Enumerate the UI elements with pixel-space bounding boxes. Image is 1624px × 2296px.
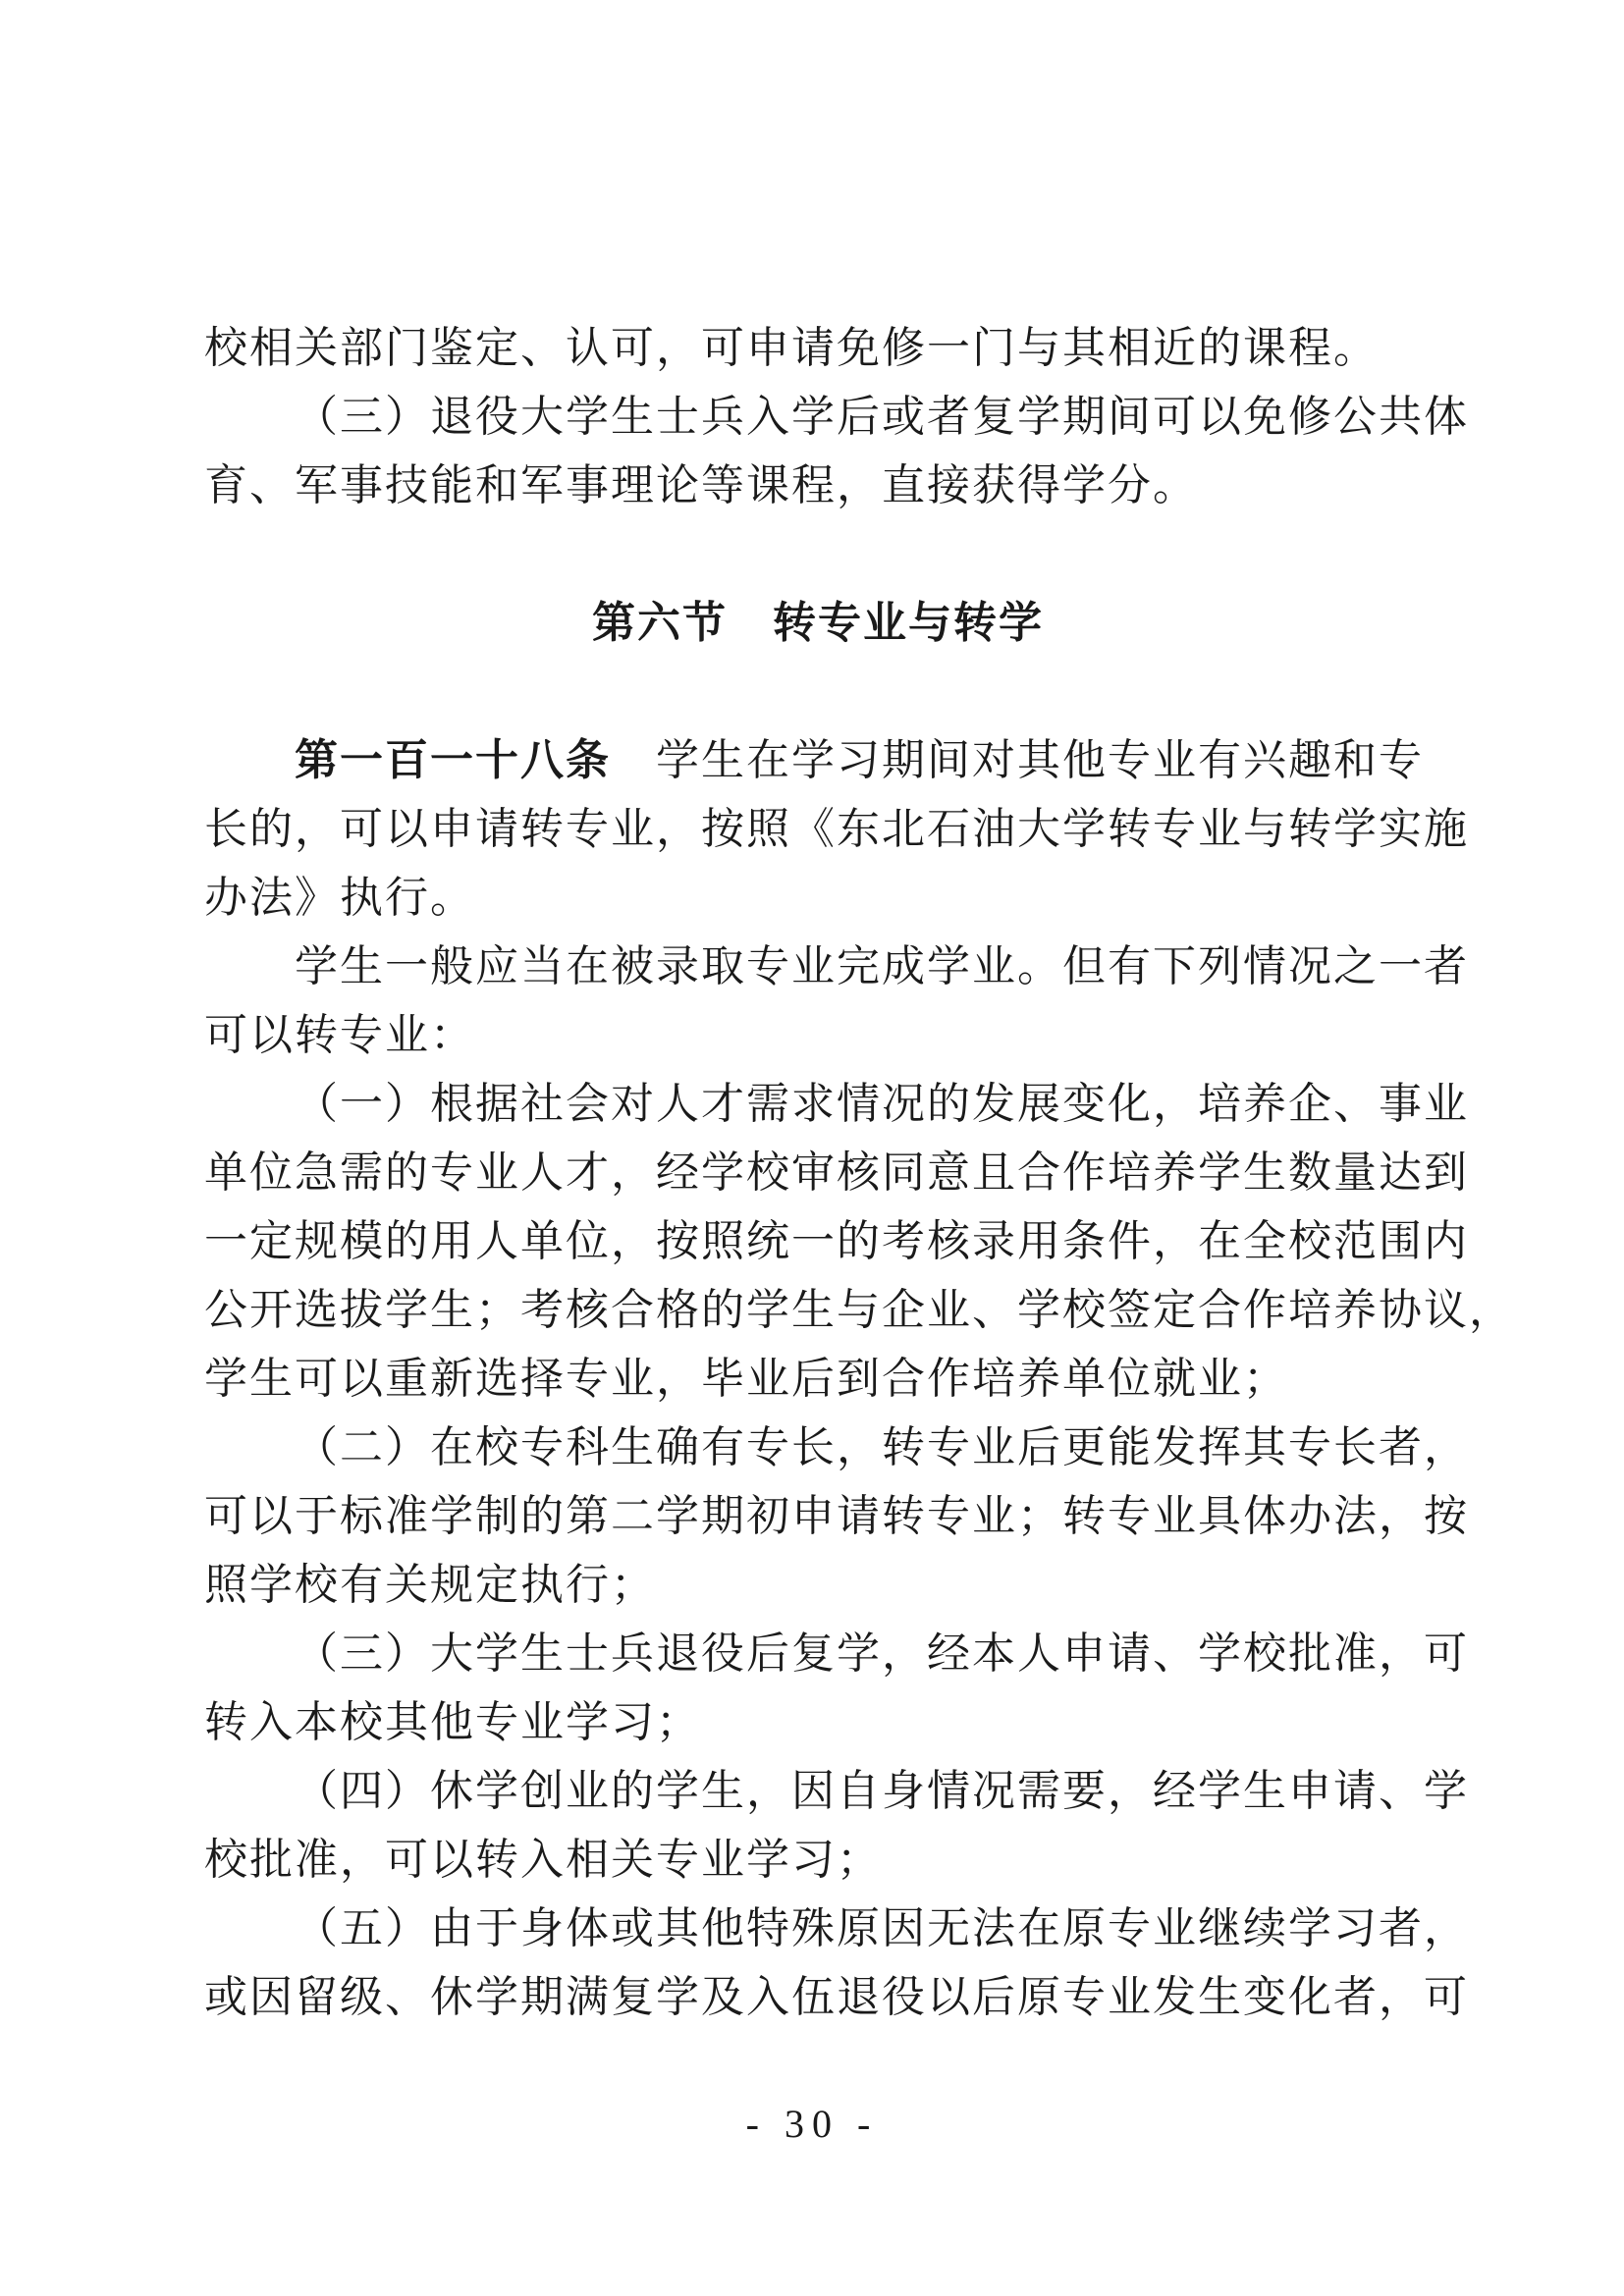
text-line: 单位急需的专业人才，经学校审核同意且合作培养学生数量达到 [204,1139,1432,1207]
text-run: 学生一般应当在被录取专业完成学业。但有下列情况之一者 [295,942,1469,990]
text-line: 可以转专业： [204,1001,1432,1070]
text-run: 育、军事技能和军事理论等课程，直接获得学分。 [204,461,1198,509]
article-number-bold-run: 第一百一十八条 [295,736,611,784]
text-run: 学生可以重新选择专业，毕业后到合作培养单位就业； [204,1355,1288,1403]
text-run: 学生在学习期间对其他专业有兴趣和专 [611,736,1424,784]
text-line: 学生可以重新选择专业，毕业后到合作培养单位就业； [204,1345,1432,1414]
paragraph: （二）在校专科生确有专长，转专业后更能发挥其专长者，可以于标准学制的第二学期初申… [204,1414,1432,1620]
paragraph: （一）根据社会对人才需求情况的发展变化，培养企、事业单位急需的专业人才，经学校审… [204,1070,1432,1414]
paragraph: 第一百一十八条 学生在学习期间对其他专业有兴趣和专长的，可以申请转专业，按照《东… [204,726,1432,933]
text-run: 校批准，可以转入相关专业学习； [204,1836,882,1884]
text-line: 或因留级、休学期满复学及入伍退役以后原专业发生变化者，可 [204,1963,1432,2032]
text-run: （二）在校专科生确有专长，转专业后更能发挥其专长者， [295,1423,1469,1471]
text-run: 单位急需的专业人才，经学校审核同意且合作培养学生数量达到 [204,1148,1469,1197]
text-line: 校相关部门鉴定、认可，可申请免修一门与其相近的课程。 [204,314,1432,383]
text-run: 可以于标准学制的第二学期初申请转专业；转专业具体办法，按 [204,1492,1469,1540]
paragraph: （三）退役大学生士兵入学后或者复学期间可以免修公共体育、军事技能和军事理论等课程… [204,383,1432,520]
text-line: 校批准，可以转入相关专业学习； [204,1826,1432,1895]
text-line: （四）休学创业的学生，因自身情况需要，经学生申请、学 [204,1757,1432,1826]
text-run: 校相关部门鉴定、认可，可申请免修一门与其相近的课程。 [204,324,1379,372]
text-line: 照学校有关规定执行； [204,1551,1432,1620]
text-run: 或因留级、休学期满复学及入伍退役以后原专业发生变化者，可 [204,1973,1469,2021]
text-line: 转入本校其他专业学习； [204,1688,1432,1757]
paragraph: 学生一般应当在被录取专业完成学业。但有下列情况之一者可以转专业： [204,933,1432,1070]
text-line: （一）根据社会对人才需求情况的发展变化，培养企、事业 [204,1070,1432,1139]
text-run: 可以转专业： [204,1011,475,1059]
document-content: 校相关部门鉴定、认可，可申请免修一门与其相近的课程。（三）退役大学生士兵入学后或… [204,314,1432,2032]
text-run: （三）退役大学生士兵入学后或者复学期间可以免修公共体 [295,393,1469,441]
text-line: 学生一般应当在被录取专业完成学业。但有下列情况之一者 [204,933,1432,1001]
text-run: 公开选拔学生；考核合格的学生与企业、学校签定合作培养协议， [204,1286,1514,1334]
text-run: （四）休学创业的学生，因自身情况需要，经学生申请、学 [295,1767,1469,1815]
text-line: （三）退役大学生士兵入学后或者复学期间可以免修公共体 [204,383,1432,452]
text-line: （二）在校专科生确有专长，转专业后更能发挥其专长者， [204,1414,1432,1482]
text-line: （五）由于身体或其他特殊原因无法在原专业继续学习者， [204,1895,1432,1963]
text-line: 一定规模的用人单位，按照统一的考核录用条件，在全校范围内 [204,1207,1432,1276]
text-line: 长的，可以申请转专业，按照《东北石油大学转专业与转学实施 [204,795,1432,864]
text-run: 办法》执行。 [204,874,475,922]
text-run: 长的，可以申请转专业，按照《东北石油大学转专业与转学实施 [204,805,1469,853]
paragraph: （五）由于身体或其他特殊原因无法在原专业继续学习者，或因留级、休学期满复学及入伍… [204,1895,1432,2032]
text-run: 转入本校其他专业学习； [204,1698,701,1746]
text-line: 可以于标准学制的第二学期初申请转专业；转专业具体办法，按 [204,1482,1432,1551]
text-run: （三）大学生士兵退役后复学，经本人申请、学校批准，可 [295,1629,1469,1678]
document-page: 校相关部门鉴定、认可，可申请免修一门与其相近的课程。（三）退役大学生士兵入学后或… [0,0,1624,2296]
text-line: 办法》执行。 [204,864,1432,933]
text-line: （三）大学生士兵退役后复学，经本人申请、学校批准，可 [204,1620,1432,1688]
text-run: 一定规模的用人单位，按照统一的考核录用条件，在全校范围内 [204,1217,1469,1265]
paragraph: 校相关部门鉴定、认可，可申请免修一门与其相近的课程。 [204,314,1432,383]
paragraph: （四）休学创业的学生，因自身情况需要，经学生申请、学校批准，可以转入相关专业学习… [204,1757,1432,1895]
text-line: 第一百一十八条 学生在学习期间对其他专业有兴趣和专 [204,726,1432,795]
paragraph: （三）大学生士兵退役后复学，经本人申请、学校批准，可转入本校其他专业学习； [204,1620,1432,1757]
text-run: 照学校有关规定执行； [204,1561,656,1609]
section-heading: 第六节 转专业与转学 [204,589,1432,658]
page-number: - 30 - [0,2101,1624,2148]
text-run: （五）由于身体或其他特殊原因无法在原专业继续学习者， [295,1904,1469,1952]
text-run: （一）根据社会对人才需求情况的发展变化，培养企、事业 [295,1080,1469,1128]
text-line: 公开选拔学生；考核合格的学生与企业、学校签定合作培养协议， [204,1276,1432,1345]
text-line: 育、军事技能和军事理论等课程，直接获得学分。 [204,452,1432,520]
